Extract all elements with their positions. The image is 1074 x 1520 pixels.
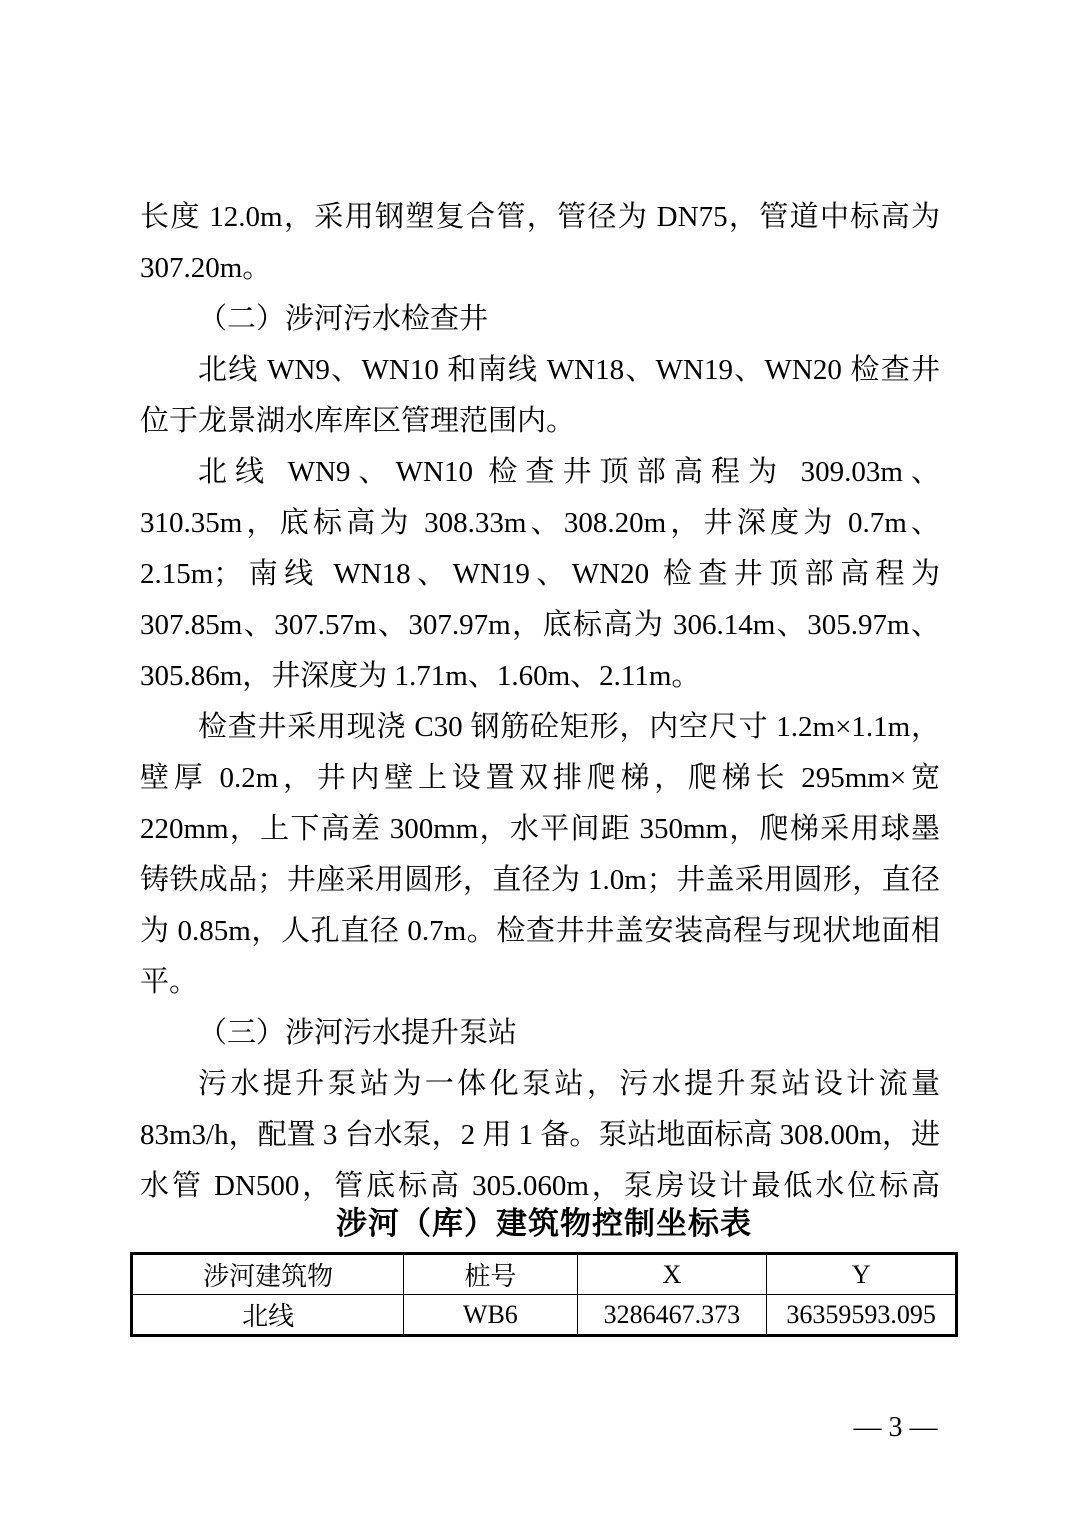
paragraph-well-locations: 北线 WN9、WN10 和南线 WN18、WN19、WN20 检查井位于龙景湖水… — [140, 345, 940, 447]
paragraph-pipe-continuation: 长度 12.0m，采用钢塑复合管，管径为 DN75，管道中标高为 307.20m… — [140, 192, 940, 294]
page-number: — 3 — — [843, 1410, 948, 1446]
document-page: 长度 12.0m，采用钢塑复合管，管径为 DN75，管道中标高为 307.20m… — [0, 0, 1074, 1520]
table-header-x: X — [577, 1254, 767, 1295]
table-title: 涉河（库）建筑物控制坐标表 — [130, 1202, 958, 1246]
coordinates-table: 涉河建筑物 桩号 X Y 北线 WB6 3286467.373 36359593… — [130, 1252, 958, 1337]
document-body: 长度 12.0m，采用钢塑复合管，管径为 DN75，管道中标高为 307.20m… — [140, 192, 940, 1263]
table-header-structure: 涉河建筑物 — [132, 1254, 404, 1295]
table-cell-structure: 北线 — [132, 1295, 404, 1336]
table-cell-stake: WB6 — [404, 1295, 577, 1336]
table-header-stake: 桩号 — [404, 1254, 577, 1295]
table-header-y: Y — [767, 1254, 957, 1295]
table-cell-x: 3286467.373 — [577, 1295, 767, 1336]
paragraph-well-elevations: 北线 WN9、WN10 检查井顶部高程为 309.03m、310.35m，底标高… — [140, 447, 940, 702]
table-row: 北线 WB6 3286467.373 36359593.095 — [132, 1295, 957, 1336]
coordinate-table-section: 涉河（库）建筑物控制坐标表 涉河建筑物 桩号 X Y 北线 WB6 — [130, 1202, 958, 1337]
section-heading-inspection-wells: （二）涉河污水检查井 — [140, 294, 940, 345]
paragraph-well-construction: 检查井采用现浇 C30 钢筋砼矩形，内空尺寸 1.2m×1.1m，壁厚 0.2m… — [140, 702, 940, 1008]
table-header-row: 涉河建筑物 桩号 X Y — [132, 1254, 957, 1295]
table-cell-y: 36359593.095 — [767, 1295, 957, 1336]
section-heading-pump-station: （三）涉河污水提升泵站 — [140, 1008, 940, 1059]
